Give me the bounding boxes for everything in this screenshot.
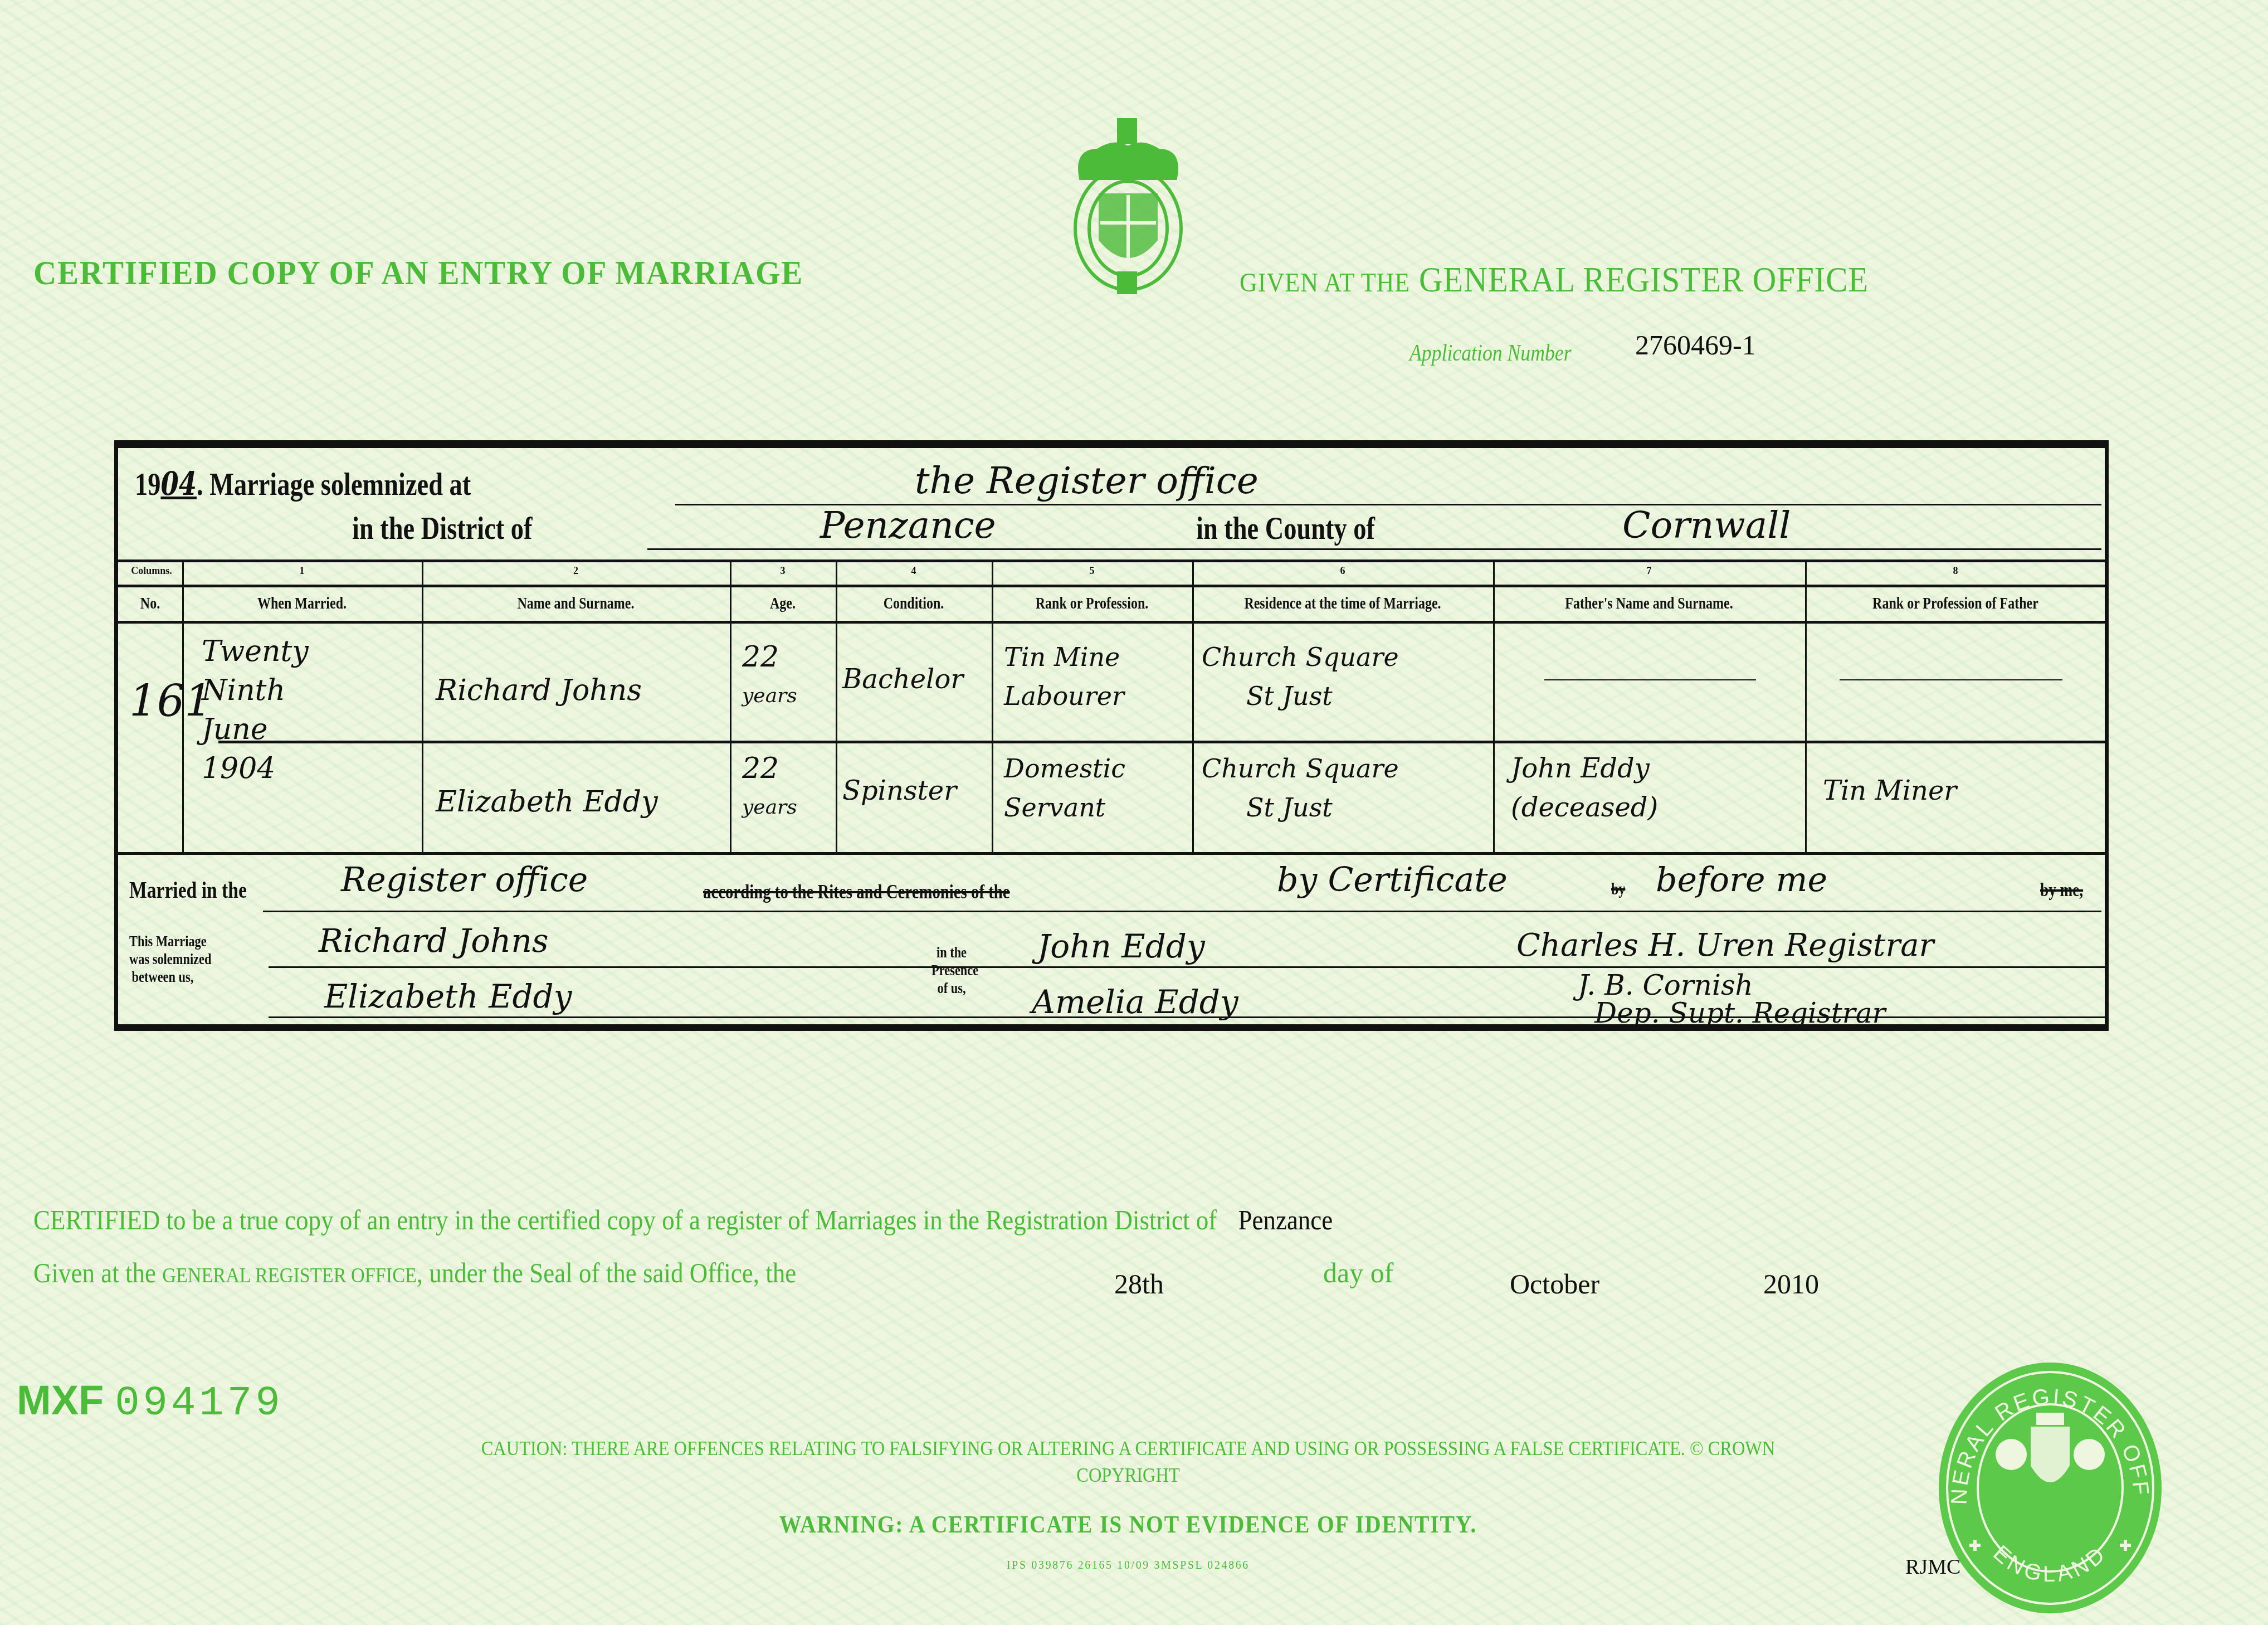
- groom-name: Richard Johns: [436, 671, 642, 710]
- bride-father-profession: Tin Miner: [1823, 771, 1957, 810]
- entry-number: 161: [129, 682, 212, 721]
- royal-coat-of-arms-icon: [1059, 117, 1198, 295]
- column-number: 2: [422, 565, 730, 577]
- application-number: 2760469-1: [1635, 329, 1756, 361]
- by-certificate: by Certificate: [1277, 860, 1508, 899]
- certified-day: 28th: [1114, 1268, 1164, 1300]
- groom-father-profession-blank: [1840, 679, 2062, 680]
- columns-label: Columns.: [121, 565, 182, 577]
- bride-profession: DomesticServant: [1004, 749, 1125, 827]
- certification-statement: CERTIFIED to be a true copy of an entry …: [33, 1204, 1333, 1236]
- married-in-value: Register office: [341, 860, 588, 899]
- bride-residence: Church SquareSt Just: [1202, 749, 1399, 827]
- by-me-struck: by me,: [2040, 880, 2083, 901]
- presence-label: in the Presence of us,: [931, 944, 972, 998]
- certificate-serial: MXF094179: [17, 1376, 284, 1427]
- column-header-no: No.: [125, 594, 176, 613]
- column-header-condition: Condition.: [851, 594, 976, 613]
- column-number: 6: [1192, 565, 1493, 577]
- column-number: 7: [1493, 565, 1805, 577]
- column-header-when-married: When Married.: [206, 594, 398, 613]
- column-number: 3: [730, 565, 836, 577]
- caution-notice: CAUTION: THERE ARE OFFENCES RELATING TO …: [464, 1435, 1793, 1488]
- bride-name: Elizabeth Eddy: [436, 782, 658, 821]
- column-number: 1: [182, 565, 422, 577]
- register-year: 1904. Marriage solemnized at: [135, 465, 471, 503]
- certified-month: October: [1510, 1268, 1599, 1300]
- certified-district: Penzance: [1238, 1204, 1333, 1235]
- by-struck: by: [1611, 880, 1625, 899]
- given-at-prefix: Given at the: [1240, 268, 1410, 298]
- married-in-label: Married in the: [129, 877, 247, 904]
- rites-struck-text: according to the Rites and Ceremonies of…: [703, 880, 1010, 903]
- day-of-label: day of: [1323, 1257, 1393, 1289]
- district-value: Penzance: [820, 504, 996, 547]
- identity-warning: WARNING: A CERTIFICATE IS NOT EVIDENCE O…: [464, 1510, 1793, 1539]
- application-number-label: Application Number: [1409, 340, 1572, 367]
- column-header-father-profession: Rank or Profession of Father: [1835, 594, 2076, 613]
- witness-signature-1: John Eddy: [1037, 927, 1205, 965]
- deputy-title: Dep. Supt. Registrar: [1594, 997, 1885, 1029]
- party-signature-groom: Richard Johns: [319, 922, 549, 960]
- groom-condition: Bachelor: [842, 660, 963, 699]
- county-label: in the County of: [1196, 509, 1375, 547]
- given-at-office: GENERAL REGISTER OFFICE: [1419, 260, 1869, 299]
- bride-age: 22years: [742, 749, 797, 827]
- party-signature-bride: Elizabeth Eddy: [324, 977, 572, 1015]
- column-header-name: Name and Surname.: [452, 594, 699, 613]
- solemnized-place: the Register office: [915, 459, 1259, 502]
- solemnized-between-label: This Marriage was solemnized between us,: [129, 933, 196, 986]
- groom-father-name-blank: [1544, 679, 1756, 680]
- given-at-heading: Given at the GENERAL REGISTER OFFICE: [1240, 259, 1869, 300]
- general-register-office-seal-icon: GENERAL REGISTER OFFICE ENGLAND: [1933, 1360, 2167, 1616]
- when-married: Twenty Ninth June 1904: [202, 632, 309, 788]
- marriage-register-entry: 1904. Marriage solemnized at the Registe…: [114, 440, 2109, 1031]
- print-code: IPS 039876 26165 10/09 3MSPSL 024866: [464, 1558, 1793, 1572]
- column-header-age: Age.: [740, 594, 825, 613]
- before-me: before me: [1656, 860, 1827, 899]
- column-header-father-name: Father's Name and Surname.: [1524, 594, 1774, 613]
- column-number: 8: [1805, 565, 2106, 577]
- groom-profession: Tin MineLabourer: [1004, 638, 1124, 716]
- column-number: 5: [992, 565, 1192, 577]
- district-label: in the District of: [352, 509, 532, 547]
- certification-given-at: Given at the General Register Office, un…: [33, 1257, 796, 1289]
- initials: RJMC: [1905, 1555, 1960, 1579]
- bride-condition: Spinster: [842, 771, 957, 810]
- groom-age: 22years: [742, 638, 797, 716]
- column-header-residence: Residence at the time of Marriage.: [1222, 594, 1463, 613]
- bride-father-name: John Eddy(deceased): [1511, 749, 1658, 827]
- certified-year: 2010: [1763, 1268, 1819, 1300]
- certificate-title: CERTIFIED COPY OF AN ENTRY OF MARRIAGE: [33, 254, 803, 293]
- column-header-profession: Rank or Profession.: [1012, 594, 1172, 613]
- column-number: 4: [836, 565, 992, 577]
- county-value: Cornwall: [1622, 504, 1791, 547]
- groom-residence: Church SquareSt Just: [1202, 638, 1399, 716]
- witness-signature-2: Amelia Eddy: [1032, 983, 1238, 1021]
- registrar-signature: Charles H. Uren Registrar: [1516, 927, 1934, 964]
